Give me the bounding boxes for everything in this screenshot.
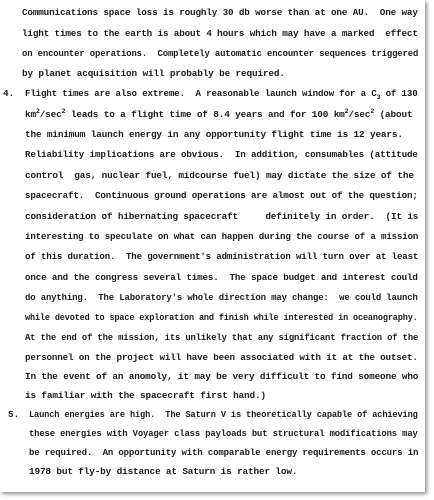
text-line: personnel on the project will have been … (25, 352, 418, 364)
text-line: consideration of hibernating spacecraft … (25, 211, 418, 223)
text-line: do anything. The Laboratory's whole dire… (25, 292, 418, 304)
text-line: interesting to speculate on what can hap… (25, 231, 418, 243)
text-line: Flight times are also extreme. A reasona… (25, 88, 418, 100)
text-line: of this duration. The government's admin… (25, 251, 418, 263)
text-line: control gas, nuclear fuel, midcourse fue… (25, 170, 414, 182)
text-line: is familiar with the spacecraft first ha… (25, 390, 266, 402)
text-line: 1978 but fly-by distance at Saturn is ra… (29, 466, 297, 478)
text-line: km2/sec2 leads to a flight time of 8.4 y… (25, 109, 412, 121)
text-line: light times to the earth is about 4 hour… (22, 28, 418, 40)
text-line: Launch energies are high. The Saturn V i… (29, 409, 418, 421)
text-line: Reliability implications are obvious. In… (25, 149, 418, 161)
text-line: these energies with Voyager class payloa… (29, 428, 418, 440)
text-line: be required. An opportunity with compara… (29, 447, 418, 459)
text-line: by planet acquisition will probably be r… (22, 68, 285, 80)
document-page: Communications space loss is roughly 30 … (0, 0, 425, 492)
list-number-5: 5. (8, 409, 19, 421)
text-line: At the end of the mission, its unlikely … (25, 332, 418, 344)
text-line: spacecraft. Continuous ground operations… (25, 190, 418, 202)
text-line: once and the congress several times. The… (25, 272, 418, 284)
text-line: on encounter operations. Completely auto… (22, 48, 418, 60)
text-line: while devoted to space exploration and f… (25, 312, 418, 324)
list-number-4: 4. (3, 88, 14, 100)
text-line: In the event of an anomoly, it may be ve… (25, 371, 418, 383)
text-line: Communications space loss is roughly 30 … (22, 7, 418, 19)
text-line: the minimum launch energy in any opportu… (25, 129, 403, 141)
